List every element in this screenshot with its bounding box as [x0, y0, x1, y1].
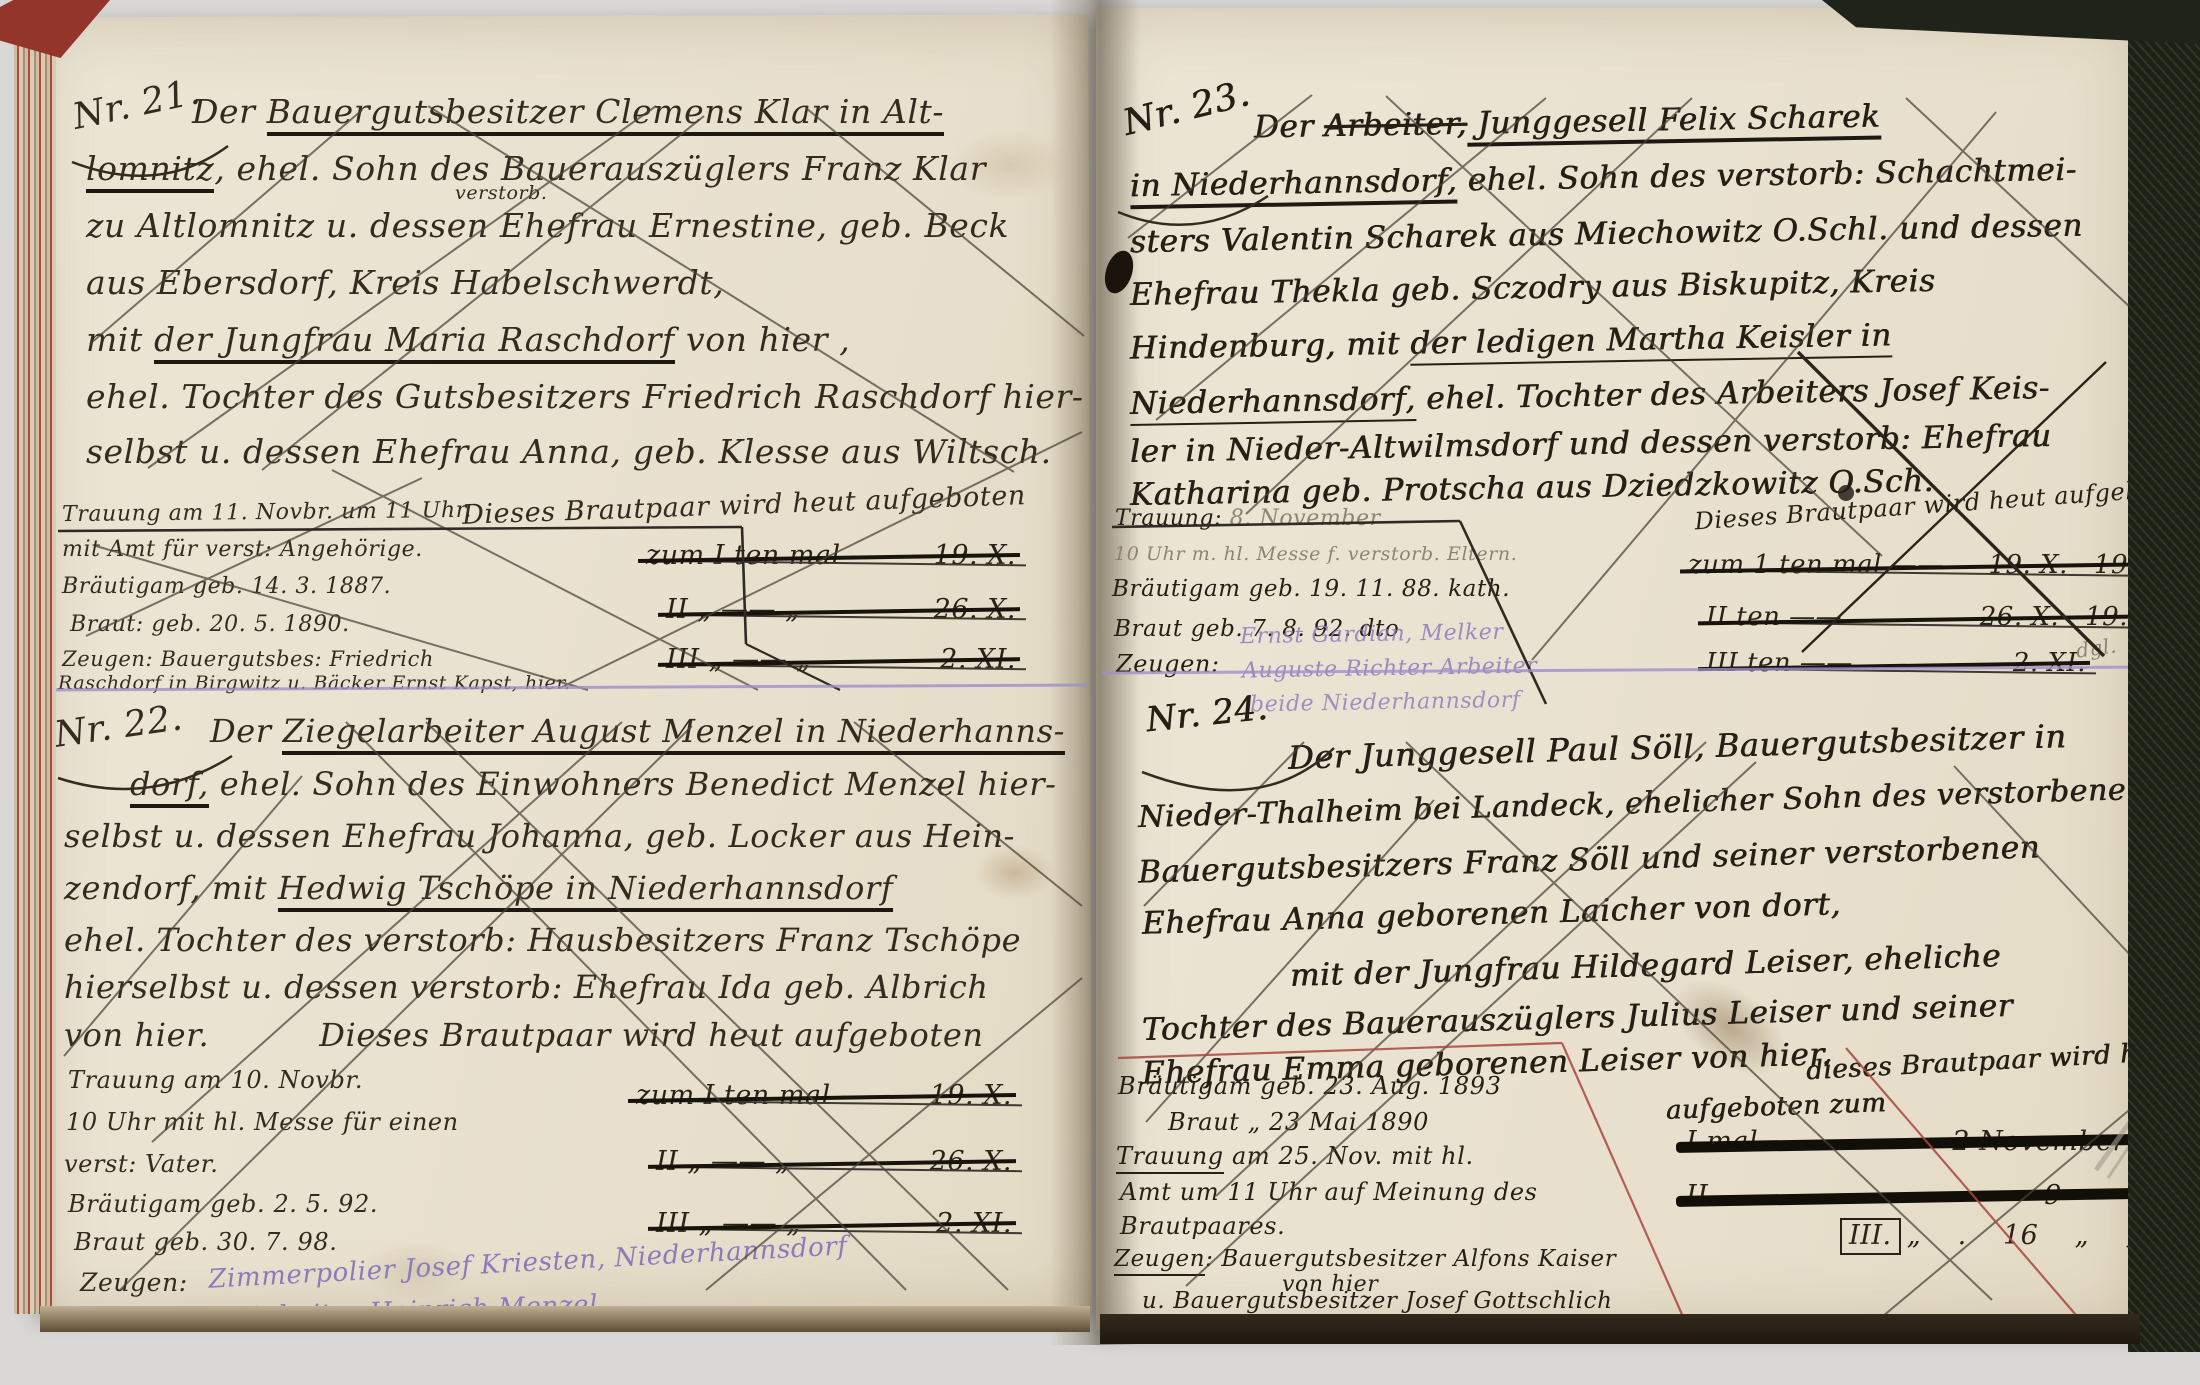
banns-label: II „ —— „	[656, 1146, 790, 1177]
book-cover-bottom-right	[1100, 1314, 2140, 1344]
banns-row-3: III „ —— „2. XI.	[666, 644, 1016, 675]
banns-row-2: II „ —— „26. X.	[666, 594, 1016, 625]
entry-22-body-line: hierselbst u. dessen verstorb: Ehefrau I…	[64, 968, 989, 1006]
banns-date: 19. X.	[934, 540, 1016, 571]
banns-row-3: III.„ . 16 „ „	[1840, 1218, 2140, 1255]
underlined-name: Junggesell Felix Scharek	[1467, 99, 1881, 147]
page-edges-bottom-left	[40, 1306, 1090, 1332]
text-segment: ehel. Tochter des verstorb: Hausbesitzer…	[64, 921, 1021, 959]
text-segment: aus Ebersdorf, Kreis Habelschwerdt,	[86, 263, 724, 302]
text-segment: ehel. Tochter des Gutsbesitzers Friedric…	[86, 377, 1084, 416]
banns-label: zum I ten mal ——	[646, 540, 905, 571]
entry-21-detail-line: Bräutigam geb. 14. 3. 1887.	[62, 574, 391, 599]
entry-21-body-line: mit der Jungfrau Maria Raschdorf von hie…	[86, 320, 850, 359]
banns-date: 26. X.	[930, 1146, 1012, 1177]
entry-24-detail-line: Amt um 11 Uhr auf Meinung des	[1120, 1178, 1538, 1206]
entry-24-detail-line: Bräutigam geb. 23. Aug. 1893	[1118, 1072, 1502, 1100]
marble-texture	[2128, 0, 2200, 1352]
text-segment: zu Altlomnitz u. dessen Ehefrau Ernestin…	[86, 206, 1009, 245]
underlined-name: dorf,	[130, 765, 209, 808]
text-segment: : Bauergutsbesitzer Alfons Kaiser	[1205, 1246, 1616, 1272]
entry-22-body-line: ehel. Tochter des verstorb: Hausbesitzer…	[64, 921, 1021, 959]
underlined-name: lomnitz	[86, 149, 214, 193]
banns-year: 19.	[2085, 602, 2128, 632]
text-segment: Der	[210, 712, 282, 750]
underlined-name: Ziegelarbeiter August Menzel in Niederha…	[282, 712, 1065, 755]
text-segment: Hindenburg, mit	[1130, 326, 1411, 367]
entry-21-detail-line: Zeugen: Bauergutsbes: Friedrich	[62, 647, 434, 671]
banns-label: zum I ten mal ——	[636, 1080, 895, 1111]
entry-23-witnesses-label: Zeugen:	[1116, 650, 1220, 678]
underlined-name: in Niederhannsdorf,	[1130, 163, 1458, 210]
text-segment: selbst u. dessen Ehefrau Johanna, geb. L…	[64, 817, 1015, 855]
underlined-name: Hedwig Tschöpe in Niederhannsdorf	[278, 869, 893, 912]
banns-date: 26. X.	[1980, 602, 2059, 632]
banns-year: 19	[2094, 550, 2128, 580]
text-segment: mit	[86, 320, 154, 359]
underlined-word: Trauung	[1116, 1142, 1224, 1174]
banns-label: II ten ——	[1706, 602, 1842, 632]
banns-date: 26. X.	[934, 594, 1016, 625]
banns-label: III „ —— „	[666, 644, 811, 675]
banns-row-1: zum I ten mal ——19. X.	[636, 1080, 1012, 1111]
entry-22-detail-line: Braut geb. 30. 7. 98.	[74, 1228, 337, 1256]
underlined-name: Bauergutsbesitzer Clemens Klar in Alt-	[267, 92, 945, 136]
banns-date: 9 ——	[2044, 1180, 2126, 1211]
text-segment: von hier ,	[675, 320, 850, 359]
entry-21-body-line: Der Bauergutsbesitzer Clemens Klar in Al…	[192, 92, 944, 131]
banns-label: III.	[1840, 1218, 1901, 1255]
banns-row-1: I mal2 November	[1686, 1126, 2126, 1157]
banns-intro-inline: Dieses Brautpaar wird heut aufgeboten	[319, 1016, 983, 1054]
text-segment: Der	[1254, 108, 1325, 145]
entry-22-witnesses-label: Zeugen:	[80, 1268, 188, 1297]
entry-24-detail-line: Brautpaares.	[1120, 1212, 1285, 1240]
banns-label: II	[1686, 1180, 1708, 1211]
entry-21-body-line: zu Altlomnitz u. dessen Ehefrau Ernestin…	[86, 206, 1009, 245]
entry-21-detail-line: Braut: geb. 20. 5. 1890.	[70, 612, 350, 637]
text-segment: von hier.	[64, 1016, 209, 1054]
entry-23-witness-violet: Auguste Richter Arbeiter	[1242, 653, 1538, 683]
entry-24-trauung-line: Trauung am 25. Nov. mit hl.	[1116, 1142, 1474, 1170]
banns-row-1: zum 1 ten mal ——19. X.19	[1688, 550, 2128, 580]
entry-23-groom-line: Bräutigam geb. 19. 11. 88. kath.	[1112, 576, 1510, 602]
entry-21-insertion-verstorb: verstorb.	[455, 182, 548, 204]
banns-label: III ten ——	[1706, 648, 1853, 678]
banns-label: zum 1 ten mal ——	[1688, 550, 1944, 580]
banns-label: I mal	[1686, 1126, 1758, 1157]
entry-23-witness-violet: beide Niederhannsdorf	[1250, 688, 1521, 718]
banns-date: 19. X.	[1989, 550, 2068, 580]
entry-22-body-line: von hier.Dieses Brautpaar wird heut aufg…	[64, 1016, 984, 1054]
entry-22-body-line: dorf, ehel. Sohn des Einwohners Benedict…	[130, 765, 1057, 803]
pencil-date: 8. November	[1230, 506, 1381, 531]
entry-22-detail-line: 10 Uhr mit hl. Messe für einen	[66, 1108, 459, 1136]
text-segment: hierselbst u. dessen verstorb: Ehefrau I…	[64, 968, 989, 1006]
banns-row-2: II ten ——26. X.19.	[1706, 602, 2128, 632]
entry-22-detail-line: Trauung am 10. Novbr.	[68, 1066, 363, 1094]
banns-date: 2. XI.	[936, 1208, 1012, 1239]
entry-21-body-line: selbst u. dessen Ehefrau Anna, geb. Kles…	[86, 432, 1052, 471]
banns-date: 19. X.	[930, 1080, 1012, 1111]
entry-21-detail-line: Trauung am 11. Novbr. um 11 Uhr.	[62, 498, 472, 527]
text-segment: am 25. Nov. mit hl.	[1224, 1142, 1474, 1170]
banns-date: 2 November	[1952, 1126, 2126, 1157]
entry-23-witness-violet: Ernst Gardian, Melker	[1240, 620, 1504, 650]
entry-21-detail-line: Raschdorf in Birgwitz u. Bäcker Ernst Ka…	[58, 672, 571, 694]
text-segment: ehel. Sohn des Einwohners Benedict Menze…	[209, 765, 1057, 803]
underlined-name: Niederhannsdorf,	[1130, 381, 1416, 426]
underlined-name: der ledigen Martha Keisler in	[1410, 317, 1892, 365]
scanned-register-spread: Nr. 21. Der Bauergutsbesitzer Clemens Kl…	[0, 0, 2200, 1385]
struck-word: Arbeiter,	[1324, 106, 1467, 144]
entry-24-witnesses-line: Zeugen: Bauergutsbesitzer Alfons Kaiser	[1114, 1246, 1616, 1272]
text-segment: Der	[192, 92, 267, 131]
text-segment: , ehel. Sohn des Bauerauszüglers Franz K…	[214, 149, 986, 188]
banns-label: II „ —— „	[666, 594, 800, 625]
banns-row-3: III „ —— „2. XI.	[656, 1208, 1012, 1239]
entry-21-body-line: ehel. Tochter des Gutsbesitzers Friedric…	[86, 377, 1084, 416]
entry-22-detail-line: Bräutigam geb. 2. 5. 92.	[68, 1190, 378, 1218]
entry-24-detail-line: u. Bauergutsbesitzer Josef Gottschlich	[1142, 1288, 1613, 1314]
banns-row-3: III ten ——2. XI.	[1706, 648, 2086, 678]
entry-23-trauung-line: Trauung: 8. November	[1115, 506, 1381, 531]
banns-row-2: II9 ——	[1686, 1180, 2126, 1211]
entry-23-pencil-line: 10 Uhr m. hl. Messe f. verstorb. Eltern.	[1114, 543, 1517, 565]
entry-22-body-line: selbst u. dessen Ehefrau Johanna, geb. L…	[64, 817, 1015, 855]
underlined-name: der Jungfrau Maria Raschdorf	[154, 320, 675, 364]
text-segment: selbst u. dessen Ehefrau Anna, geb. Kles…	[86, 432, 1052, 471]
book-cover-right	[2128, 0, 2200, 1352]
underlined-word: Zeugen	[1114, 1246, 1205, 1276]
text-segment: Trauung:	[1115, 506, 1222, 531]
entry-22-body-line: Der Ziegelarbeiter August Menzel in Nied…	[210, 712, 1065, 750]
banns-date: 2. XI.	[940, 644, 1016, 675]
banns-label: III „ —— „	[656, 1208, 801, 1239]
banns-row-2: II „ —— „26. X.	[656, 1146, 1012, 1177]
banns-date: 2. XI.	[2013, 648, 2086, 678]
entry-21-body-line: aus Ebersdorf, Kreis Habelschwerdt,	[86, 263, 724, 302]
entry-21-detail-line: mit Amt für verst: Angehörige.	[62, 537, 423, 562]
banns-row-1: zum I ten mal ——19. X.	[646, 540, 1016, 571]
entry-22-detail-line: verst: Vater.	[64, 1150, 218, 1178]
text-segment: zendorf, mit	[64, 869, 278, 907]
entry-22-body-line: zendorf, mit Hedwig Tschöpe in Niederhan…	[64, 869, 893, 907]
page-edges-left	[14, 14, 56, 1314]
banns-date: „ . 16 „ „	[1907, 1220, 2140, 1251]
entry-24-detail-line: Braut „ 23 Mai 1890	[1168, 1108, 1429, 1136]
